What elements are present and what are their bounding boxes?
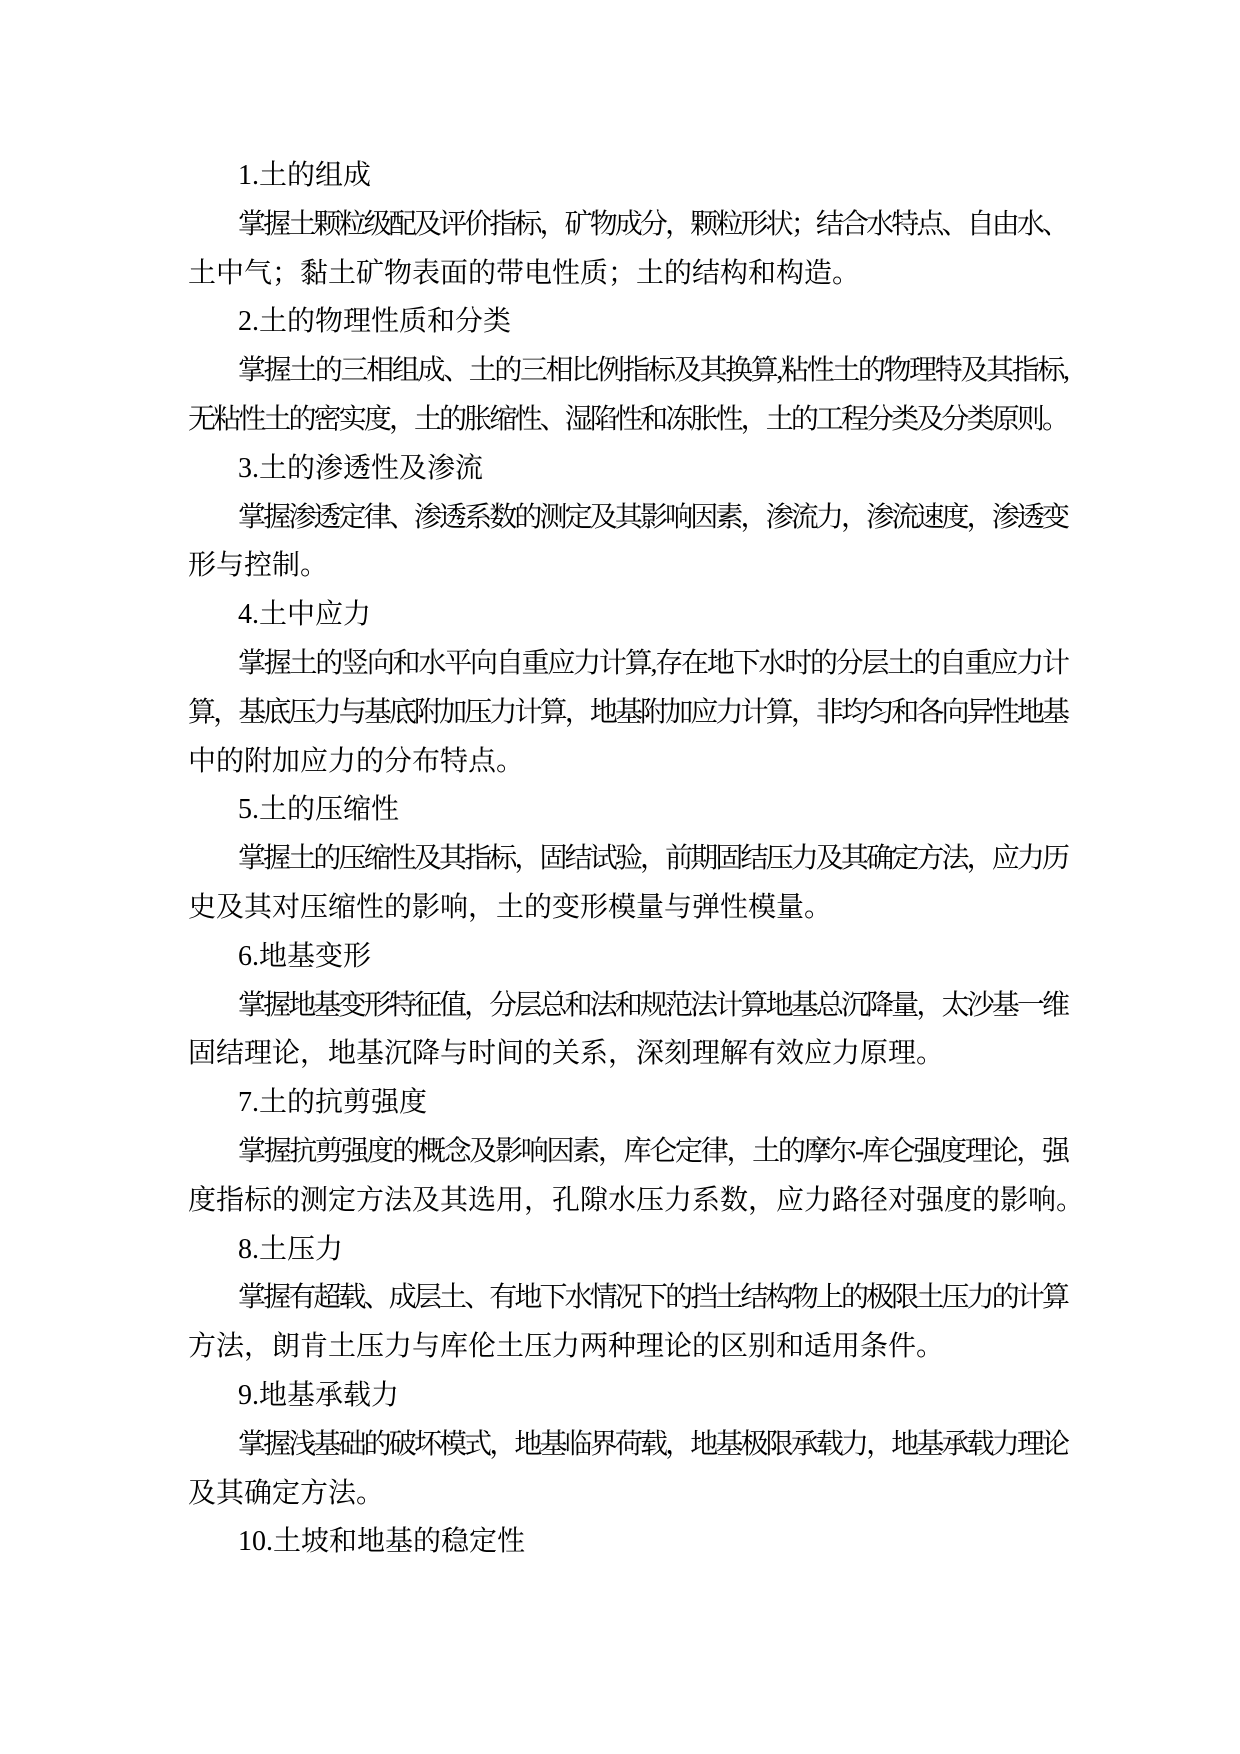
document-page: 1.土的组成掌握土颗粒级配及评价指标，矿物成分，颗粒形状；结合水特点、自由水、土… <box>0 0 1240 1754</box>
doc-line-21: 掌握抗剪强度的概念及影响因素，库仑定律，土的摩尔-库仑强度理论，强 <box>188 1128 1070 1177</box>
doc-line-18: 掌握地基变形特征值，分层总和法和规范法计算地基总沉降量，太沙基一维 <box>188 982 1070 1031</box>
doc-line-26: 9.地基承载力 <box>188 1372 1070 1421</box>
doc-line-19: 固结理论，地基沉降与时间的关系，深刻理解有效应力原理。 <box>188 1030 1070 1079</box>
doc-line-17: 6.地基变形 <box>188 933 1070 982</box>
doc-line-20: 7.土的抗剪强度 <box>188 1079 1070 1128</box>
doc-line-15: 掌握土的压缩性及其指标，固结试验，前期固结压力及其确定方法，应力历 <box>188 835 1070 884</box>
doc-line-24: 掌握有超载、成层土、有地下水情况下的挡土结构物上的极限土压力的计算 <box>188 1274 1070 1323</box>
doc-line-22: 度指标的测定方法及其选用，孔隙水压力系数，应力路径对强度的影响。 <box>188 1177 1070 1226</box>
doc-line-9: 形与控制。 <box>188 542 1070 591</box>
doc-line-8: 掌握渗透定律、渗透系数的测定及其影响因素，渗流力，渗流速度，渗透变 <box>188 494 1070 543</box>
doc-line-25: 方法，朗肯土压力与库伦土压力两种理论的区别和适用条件。 <box>188 1323 1070 1372</box>
doc-line-6: 无粘性土的密实度，土的胀缩性、湿陷性和冻胀性，土的工程分类及分类原则。 <box>188 396 1070 445</box>
doc-line-3: 土中气；黏土矿物表面的带电性质；土的结构和构造。 <box>188 250 1070 299</box>
doc-line-14: 5.土的压缩性 <box>188 786 1070 835</box>
doc-line-5: 掌握土的三相组成、土的三相比例指标及其换算,粘性土的物理特及其指标, <box>188 347 1070 396</box>
doc-line-11: 掌握土的竖向和水平向自重应力计算,存在地下水时的分层土的自重应力计 <box>188 640 1070 689</box>
doc-line-29: 10.土坡和地基的稳定性 <box>188 1518 1070 1567</box>
doc-line-16: 史及其对压缩性的影响，土的变形模量与弹性模量。 <box>188 884 1070 933</box>
doc-line-2: 掌握土颗粒级配及评价指标，矿物成分，颗粒形状；结合水特点、自由水、 <box>188 201 1070 250</box>
doc-line-1: 1.土的组成 <box>188 152 1070 201</box>
doc-line-12: 算，基底压力与基底附加压力计算，地基附加应力计算，非均匀和各向异性地基 <box>188 689 1070 738</box>
doc-line-13: 中的附加应力的分布特点。 <box>188 738 1070 787</box>
doc-line-28: 及其确定方法。 <box>188 1470 1070 1519</box>
doc-line-4: 2.土的物理性质和分类 <box>188 298 1070 347</box>
doc-line-27: 掌握浅基础的破坏模式，地基临界荷载，地基极限承载力，地基承载力理论 <box>188 1421 1070 1470</box>
doc-line-10: 4.土中应力 <box>188 591 1070 640</box>
doc-line-7: 3.土的渗透性及渗流 <box>188 445 1070 494</box>
doc-line-23: 8.土压力 <box>188 1226 1070 1275</box>
document-body: 1.土的组成掌握土颗粒级配及评价指标，矿物成分，颗粒形状；结合水特点、自由水、土… <box>188 152 1070 1567</box>
